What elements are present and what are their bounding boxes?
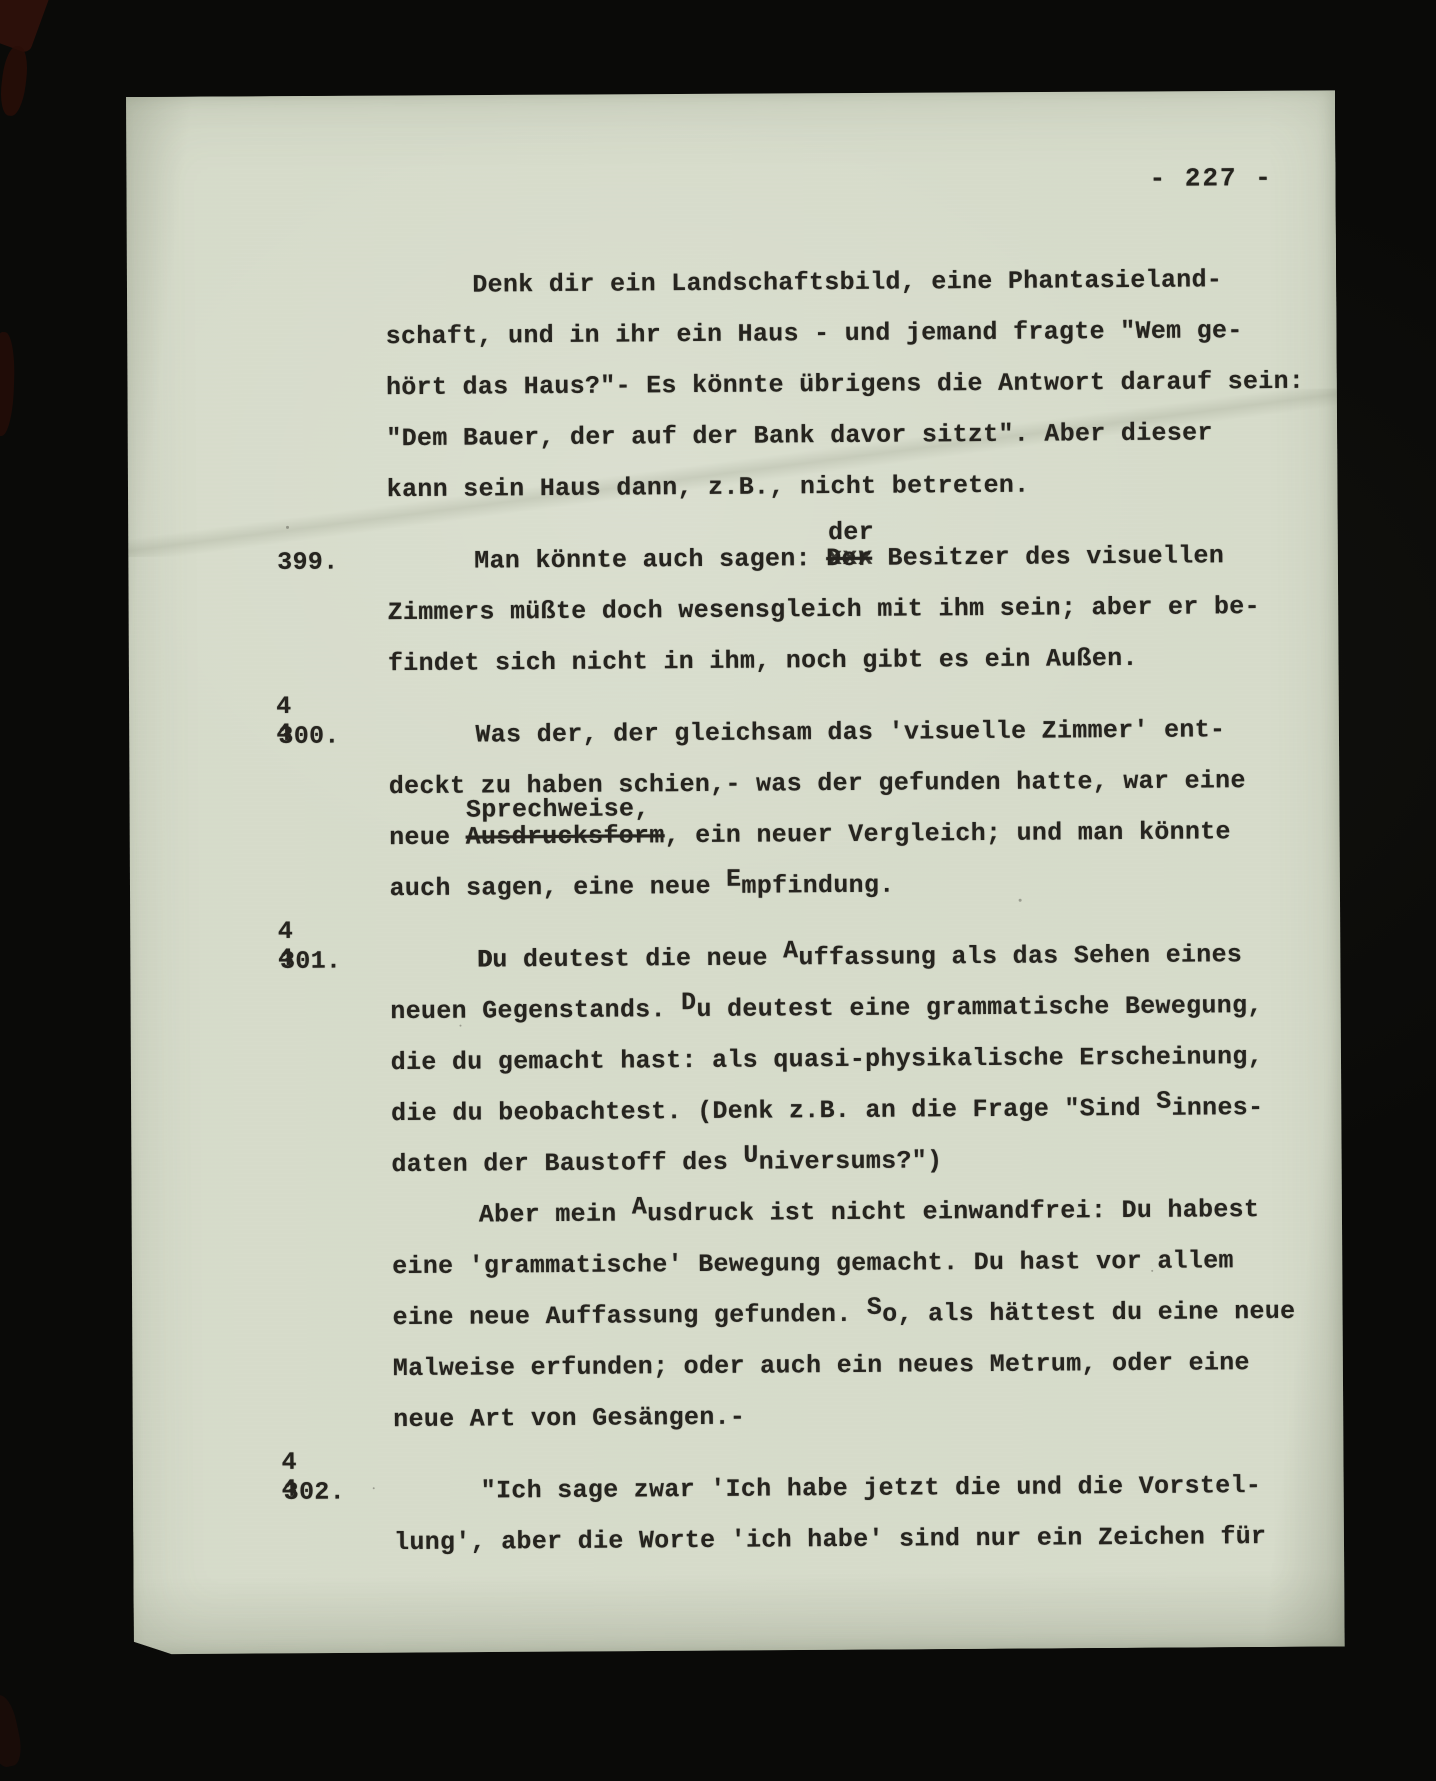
ink-speck <box>373 1487 375 1489</box>
typescript-text: uffassung als das Sehen eines <box>798 940 1242 972</box>
section-number: 3401. <box>280 946 341 975</box>
typescript-paragraph: 3402.4"Ich sage zwar 'Ich habe jetzt die… <box>394 1470 1355 1579</box>
typescript-text: "Ich sage zwar 'Ich habe jetzt die und d… <box>481 1471 1262 1505</box>
raised-capital: U <box>743 1141 759 1170</box>
typescript-text: die du beobachtest. (Denk z.B. an die Fr… <box>391 1094 1156 1128</box>
typescript-text: neue Art von Gesängen.- <box>393 1403 745 1434</box>
section-number-correction: 4 <box>276 692 292 721</box>
typescript-text: o, als hättest du eine neue <box>882 1297 1295 1329</box>
typescript-text: daten der Baustoff des <box>391 1148 743 1179</box>
scan-artifact-red <box>0 0 52 54</box>
typescript-text: eine neue Auffassung gefunden. <box>392 1300 867 1332</box>
section-number: 399. <box>277 548 338 577</box>
typescript-line: Du deutest die neue Auffassung als das S… <box>390 939 1350 997</box>
typescript-text: innes- <box>1171 1093 1263 1123</box>
scan-artifact-red <box>0 1693 25 1770</box>
typescript-line: findet sich nicht in ihm, noch gibt es e… <box>388 642 1348 700</box>
typescript-line: Aber mein Ausdruck ist nicht einwandfrei… <box>392 1194 1352 1252</box>
typescript-line: Sprechweise,neue Ausdrucksform, ein neue… <box>389 816 1349 874</box>
typescript-text: Denk dir ein Landschaftsbild, eine Phant… <box>472 265 1222 299</box>
typescript-line: Denk dir ein Landschaftsbild, eine Phant… <box>385 264 1345 322</box>
typescript-line: Malweise erfunden; oder auch ein neues M… <box>393 1347 1353 1405</box>
typescript-paragraph: 3401.4Du deutest die neue Auffassung als… <box>390 939 1354 1456</box>
typescript-line: hört das Haus?"- Es könnte übrigens die … <box>386 366 1346 424</box>
section-number: 3400. <box>278 722 339 751</box>
typescript-line: die du beobachtest. (Denk z.B. an die Fr… <box>391 1092 1351 1150</box>
typescript-body: Denk dir ein Landschaftsbild, eine Phant… <box>385 264 1354 1579</box>
typescript-line: Zimmers müßte doch wesensgleich mit ihm … <box>388 591 1348 649</box>
typescript-page: - 227 - Denk dir ein Landschaftsbild, ei… <box>123 89 1346 1655</box>
typescript-text: schaft, und in ihr ein Haus - und jemand… <box>386 316 1243 351</box>
typescript-line: schaft, und in ihr ein Haus - und jemand… <box>386 315 1346 373</box>
scan-artifact-red <box>0 332 16 437</box>
typescript-text: auch sagen, eine neue <box>389 872 726 903</box>
typescript-paragraph: 399.derMan könnte auch sagen: Derxxx Bes… <box>387 540 1348 700</box>
typescript-text: Was der, der gleichsam das 'visuelle Zim… <box>475 715 1225 749</box>
scan-artifact-red <box>0 45 30 117</box>
section-number-correction: 4 <box>278 917 294 946</box>
raised-capital: S <box>867 1293 883 1322</box>
typescript-text: usdruck ist nicht einwandfrei: Du habest <box>647 1195 1259 1228</box>
typescript-line: "Ich sage zwar 'Ich habe jetzt die und d… <box>394 1470 1354 1528</box>
typescript-paragraph: 3400.4Was der, der gleichsam das 'visuel… <box>388 714 1349 925</box>
typescript-line: die du gemacht hast: als quasi-physikali… <box>391 1041 1351 1099</box>
typescript-line: neuen Gegenstands. Du deutest eine gramm… <box>390 990 1350 1048</box>
typescript-paragraph: Denk dir ein Landschaftsbild, eine Phant… <box>385 264 1347 526</box>
raised-capital: S <box>1156 1087 1172 1116</box>
typescript-line: daten der Baustoff des Universums?") <box>391 1143 1351 1201</box>
page-number: - 227 - <box>1149 163 1272 194</box>
typescript-text: Malweise erfunden; oder auch ein neues M… <box>393 1348 1250 1383</box>
typescript-text: Besitzer des visuellen <box>872 541 1224 572</box>
typescript-text: neue <box>389 823 466 853</box>
typescript-text: Zimmers müßte doch wesensgleich mit ihm … <box>388 592 1260 627</box>
typescript-text: Man könnte auch sagen: <box>474 544 826 575</box>
typescript-text: lung', aber die Worte 'ich habe' sind nu… <box>394 1522 1266 1557</box>
inserted-word: Sprechweise, <box>466 794 650 824</box>
typescript-line: auch sagen, eine neue Empfindung. <box>389 867 1349 925</box>
typescript-text: u deutest die neue <box>492 943 783 974</box>
typescript-line: "Dem Bauer, der auf der Bank davor sitzt… <box>386 417 1346 475</box>
typescript-text: findet sich nicht in ihm, noch gibt es e… <box>388 644 1138 678</box>
typescript-text: , ein neuer Vergleich; und man könnte <box>665 817 1231 850</box>
typescript-text: die du gemacht hast: als quasi-physikali… <box>391 1042 1263 1077</box>
section-number: 3402. <box>284 1477 345 1506</box>
typescript-text: u deutest eine grammatische Bewegung, <box>696 991 1262 1024</box>
raised-capital: A <box>783 936 799 965</box>
typescript-text: D <box>477 945 493 974</box>
typescript-text: neuen Gegenstands. <box>390 995 681 1026</box>
typescript-line: neue Art von Gesängen.- <box>393 1398 1353 1456</box>
struck-text: Ausdrucksform <box>466 821 665 851</box>
raised-capital: A <box>632 1192 648 1221</box>
typescript-text: hört das Haus?"- Es könnte übrigens die … <box>386 367 1304 402</box>
typescript-line: derMan könnte auch sagen: Derxxx Besitze… <box>387 540 1347 598</box>
typescript-line: lung', aber die Worte 'ich habe' sind nu… <box>394 1521 1354 1579</box>
typescript-line: eine neue Auffassung gefunden. So, als h… <box>392 1296 1352 1354</box>
typescript-text: kann sein Haus dann, z.B., nicht betrete… <box>387 471 1030 504</box>
typescript-text: "Dem Bauer, der auf der Bank davor sitzt… <box>386 418 1213 453</box>
typescript-text: niversums?") <box>759 1146 943 1176</box>
typescript-text: mpfindung. <box>741 871 894 901</box>
typescript-text: eine 'grammatische' Bewegung gemacht. Du… <box>392 1246 1234 1281</box>
typescript-line: Was der, der gleichsam das 'visuelle Zim… <box>388 714 1348 772</box>
raised-capital: D <box>681 988 697 1017</box>
typescript-text: Aber mein <box>479 1199 632 1229</box>
ink-speck <box>286 526 289 529</box>
raised-capital: E <box>726 865 742 894</box>
section-number-correction: 4 <box>281 1448 297 1477</box>
scan-backdrop: - 227 - Denk dir ein Landschaftsbild, ei… <box>0 0 1436 1781</box>
struck-text: Derxxx <box>826 544 872 573</box>
